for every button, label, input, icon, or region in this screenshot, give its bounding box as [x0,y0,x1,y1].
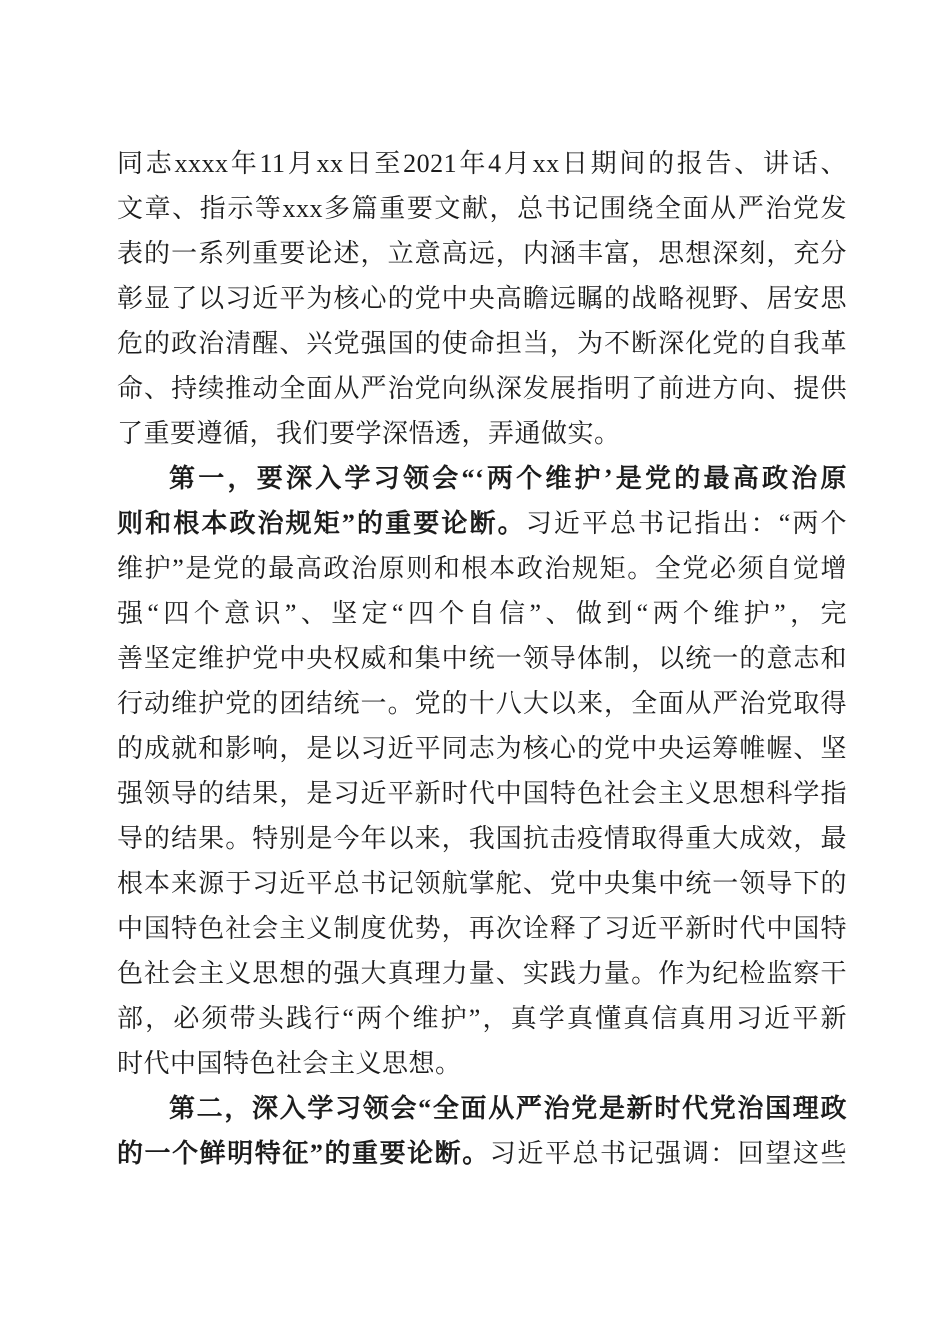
text-line: 第二，深入学习领会“全面从严治党是新时代党治国理政 [117,1086,847,1131]
text-run: 维护”是党的最高政治原则和根本政治规矩。全党必须自觉增 [117,554,847,583]
text-run: 习近平总书记强调：回望这些 [490,1139,847,1168]
bold-text-run: 的一个鲜明特征”的重要论断。 [117,1139,490,1168]
text-run: 危的政治清醒、兴党强国的使命担当，为不断深化党的自我革 [117,329,847,358]
text-line: 部，必须带头践行“两个维护”，真学真懂真信真用习近平新 [117,996,847,1041]
text-line: 的一个鲜明特征”的重要论断。习近平总书记强调：回望这些 [117,1131,847,1176]
text-line: 根本来源于习近平总书记领航掌舵、党中央集中统一领导下的 [117,861,847,906]
text-line: 命、持续推动全面从严治党向纵深发展指明了前进方向、提供 [117,366,847,411]
text-run: 表的一系列重要论述，立意高远，内涵丰富，思想深刻，充分 [117,239,847,268]
bold-text-run: 则和根本政治规矩”的重要论断。 [117,509,526,538]
text-run: 彰显了以习近平为核心的党中央高瞻远瞩的战略视野、居安思 [117,284,847,313]
text-line: 了重要遵循，我们要学深悟透，弄通做实。 [117,411,847,456]
text-line: 强领导的结果，是习近平新时代中国特色社会主义思想科学指 [117,771,847,816]
text-run: 部，必须带头践行“两个维护”，真学真懂真信真用习近平新 [117,1004,847,1033]
text-line: 导的结果。特别是今年以来，我国抗击疫情取得重大成效，最 [117,816,847,861]
text-line: 的成就和影响，是以习近平同志为核心的党中央运筹帷幄、坚 [117,726,847,771]
text-run: 强“四个意识”、坚定“四个自信”、做到“两个维护”，完 [117,599,847,628]
text-run: 的成就和影响，是以习近平同志为核心的党中央运筹帷幄、坚 [117,734,847,763]
text-run: 中国特色社会主义制度优势，再次诠释了习近平新时代中国特 [117,914,847,943]
text-run: 命、持续推动全面从严治党向纵深发展指明了前进方向、提供 [117,374,847,403]
text-line: 中国特色社会主义制度优势，再次诠释了习近平新时代中国特 [117,906,847,951]
document-text: 同志xxxx年11月xx日至2021年4月xx日期间的报告、讲话、文章、指示等x… [117,141,847,1176]
text-run: 善坚定维护党中央权威和集中统一领导体制，以统一的意志和 [117,644,847,673]
text-run: 根本来源于习近平总书记领航掌舵、党中央集中统一领导下的 [117,869,847,898]
text-run: 时代中国特色社会主义思想。 [117,1049,462,1078]
text-line: 善坚定维护党中央权威和集中统一领导体制，以统一的意志和 [117,636,847,681]
text-run: 行动维护党的团结统一。党的十八大以来，全面从严治党取得 [117,689,847,718]
text-run: 文章、指示等xxx多篇重要文献，总书记围绕全面从严治党发 [117,194,847,223]
document-page: 同志xxxx年11月xx日至2021年4月xx日期间的报告、讲话、文章、指示等x… [0,0,950,1344]
text-line: 强“四个意识”、坚定“四个自信”、做到“两个维护”，完 [117,591,847,636]
text-run: 同志xxxx年11月xx日至2021年4月xx日期间的报告、讲话、 [117,149,847,178]
text-line: 同志xxxx年11月xx日至2021年4月xx日期间的报告、讲话、 [117,141,847,186]
text-run: 了重要遵循，我们要学深悟透，弄通做实。 [117,419,621,448]
text-line: 色社会主义思想的强大真理力量、实践力量。作为纪检监察干 [117,951,847,996]
text-line: 维护”是党的最高政治原则和根本政治规矩。全党必须自觉增 [117,546,847,591]
text-line: 危的政治清醒、兴党强国的使命担当，为不断深化党的自我革 [117,321,847,366]
text-line: 则和根本政治规矩”的重要论断。习近平总书记指出：“两个 [117,501,847,546]
bold-text-run: 第一，要深入学习领会“‘两个维护’是党的最高政治原 [169,464,847,493]
bold-text-run: 第二，深入学习领会“全面从严治党是新时代党治国理政 [169,1094,847,1123]
text-line: 行动维护党的团结统一。党的十八大以来，全面从严治党取得 [117,681,847,726]
text-run: 导的结果。特别是今年以来，我国抗击疫情取得重大成效，最 [117,824,847,853]
text-line: 文章、指示等xxx多篇重要文献，总书记围绕全面从严治党发 [117,186,847,231]
text-line: 第一，要深入学习领会“‘两个维护’是党的最高政治原 [117,456,847,501]
text-line: 时代中国特色社会主义思想。 [117,1041,847,1086]
text-line: 表的一系列重要论述，立意高远，内涵丰富，思想深刻，充分 [117,231,847,276]
text-line: 彰显了以习近平为核心的党中央高瞻远瞩的战略视野、居安思 [117,276,847,321]
text-run: 强领导的结果，是习近平新时代中国特色社会主义思想科学指 [117,779,847,808]
text-run: 习近平总书记指出：“两个 [526,509,847,538]
text-run: 色社会主义思想的强大真理力量、实践力量。作为纪检监察干 [117,959,847,988]
